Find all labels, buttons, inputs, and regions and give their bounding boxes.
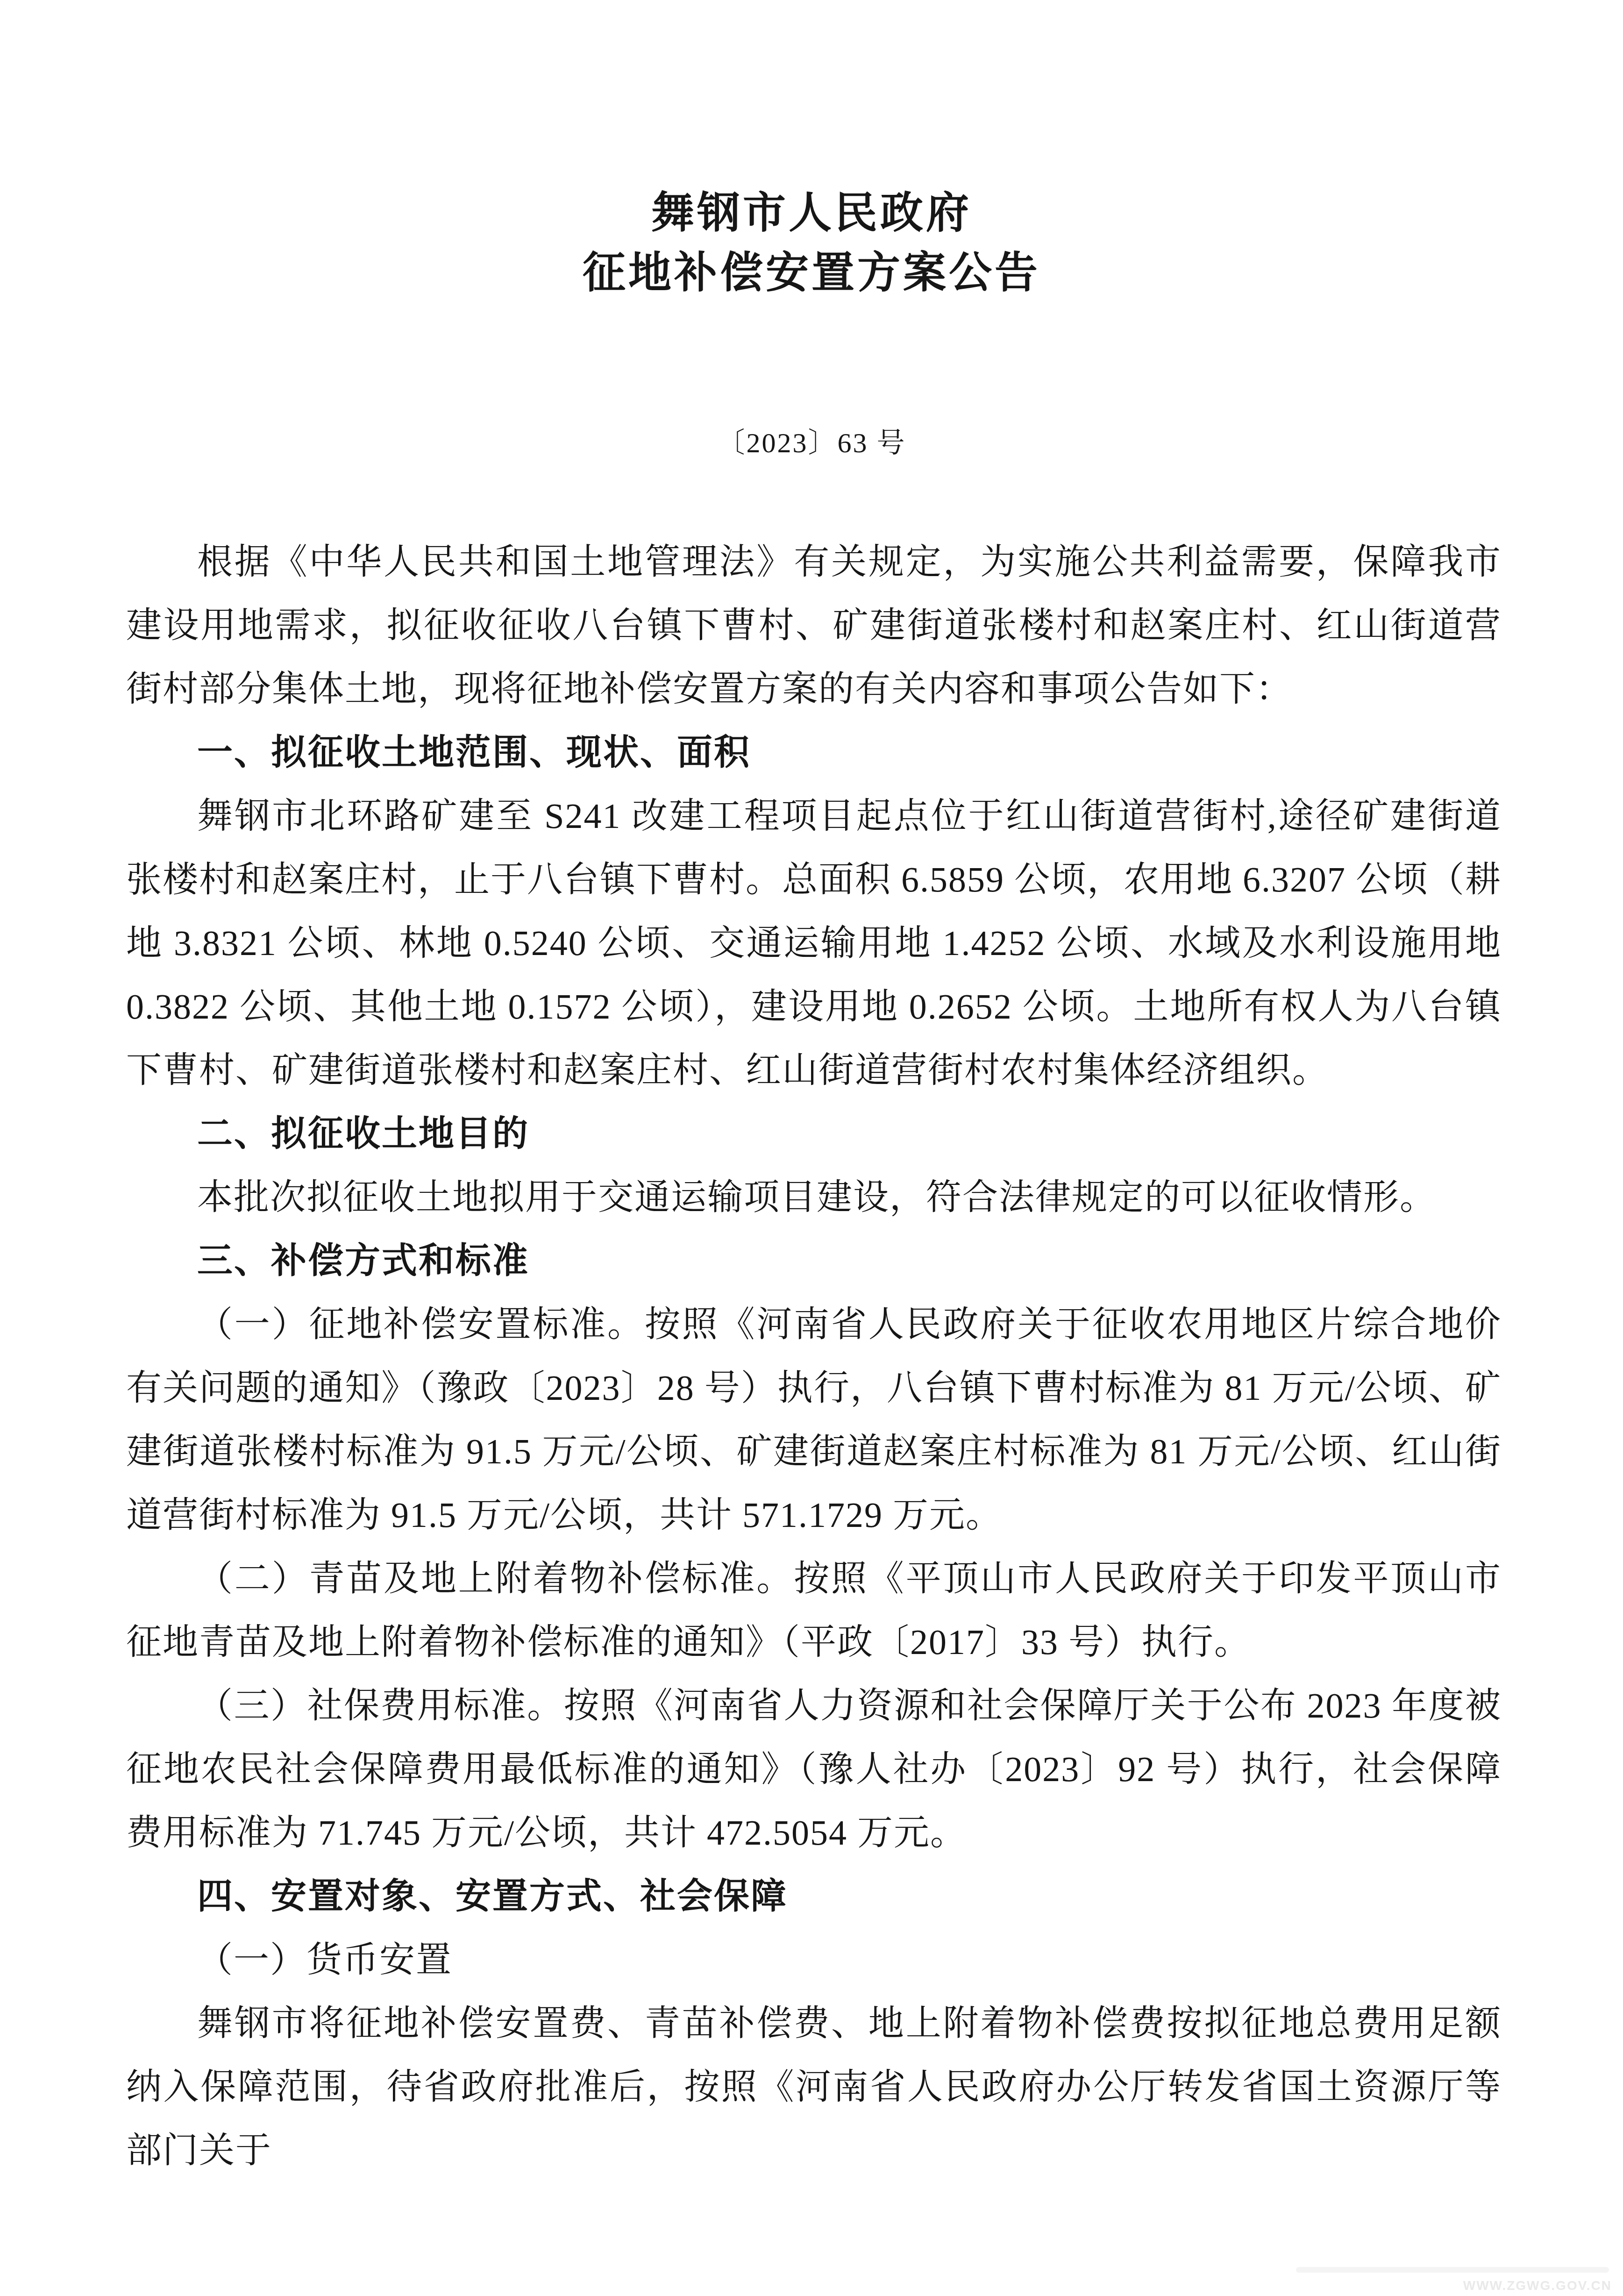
paragraph: （一）货币安置: [126, 1928, 1502, 1992]
section-heading: 四、安置对象、安置方式、社会保障: [126, 1865, 1502, 1928]
section-heading: 三、补偿方式和标准: [126, 1229, 1502, 1293]
title-line-2: 征地补偿安置方案公告: [0, 243, 1623, 303]
paragraph: （二）青苗及地上附着物补偿标准。按照《平顶山市人民政府关于印发平顶山市征地青苗及…: [126, 1547, 1502, 1674]
paragraph: 舞钢市将征地补偿安置费、青苗补偿费、地上附着物补偿费按拟征地总费用足额纳入保障范…: [126, 1992, 1502, 2182]
paragraph: 根据《中华人民共和国土地管理法》有关规定，为实施公共利益需要，保障我市建设用地需…: [126, 530, 1502, 721]
section-heading: 二、拟征收土地目的: [126, 1102, 1502, 1166]
paragraph: （三）社保费用标准。按照《河南省人力资源和社会保障厅关于公布 2023 年度被征…: [126, 1674, 1502, 1865]
document-number: 〔2023〕63 号: [0, 420, 1623, 466]
document-body: 根据《中华人民共和国土地管理法》有关规定，为实施公共利益需要，保障我市建设用地需…: [126, 530, 1502, 2182]
watermark-url: WWW.ZGWG.GOV.CN: [1463, 2278, 1612, 2293]
paragraph: 本批次拟征收土地拟用于交通运输项目建设，符合法律规定的可以征收情形。: [126, 1166, 1502, 1229]
title-line-1: 舞钢市人民政府: [0, 183, 1623, 243]
faint-watermark-line: [1296, 2267, 1609, 2273]
section-heading: 一、拟征收土地范围、现状、面积: [126, 721, 1502, 784]
document-title: 舞钢市人民政府 征地补偿安置方案公告: [0, 183, 1623, 303]
paragraph: （一）征地补偿安置标准。按照《河南省人民政府关于征收农用地区片综合地价有关问题的…: [126, 1293, 1502, 1547]
document-page: 舞钢市人民政府 征地补偿安置方案公告 〔2023〕63 号 根据《中华人民共和国…: [0, 0, 1623, 2296]
paragraph: 舞钢市北环路矿建至 S241 改建工程项目起点位于红山街道营街村,途径矿建街道张…: [126, 784, 1502, 1102]
